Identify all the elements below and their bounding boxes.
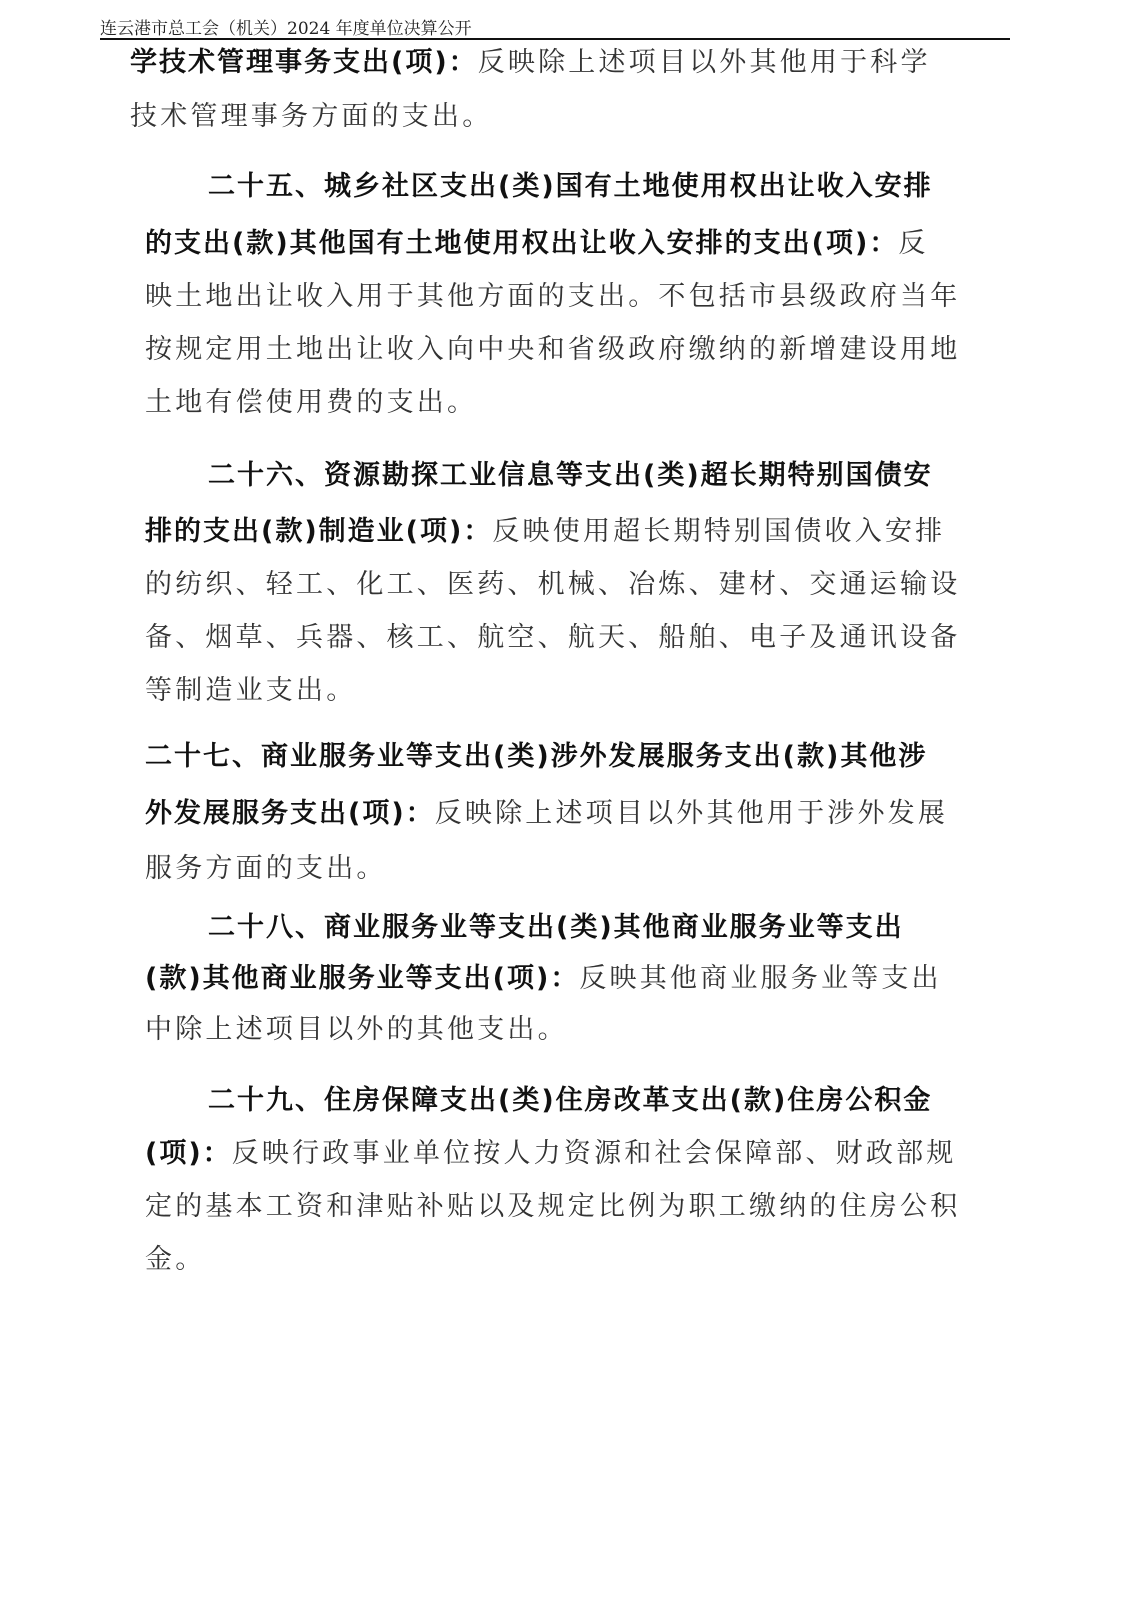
item-description: 反映除上述项目以外其他用于科学: [478, 47, 931, 78]
item-heading: (项)：: [145, 1138, 232, 1169]
item-heading: 排的支出(款)制造业(项)：: [145, 516, 492, 547]
item-description: 反映除上述项目以外其他用于涉外发展: [435, 798, 948, 829]
item-heading: 二十六、资源勘探工业信息等支出(类)超长期特别国债安: [208, 460, 933, 491]
item-heading: 学技术管理事务支出(项)：: [130, 47, 478, 78]
item-description: 的纺织、轻工、化工、医药、机械、冶炼、建材、交通运输设: [145, 569, 960, 600]
paragraph-line: 技术管理事务方面的支出。: [130, 100, 492, 134]
paragraph-line: 二十八、商业服务业等支出(类)其他商业服务业等支出: [208, 911, 904, 945]
paragraph-line: 二十六、资源勘探工业信息等支出(类)超长期特别国债安: [208, 459, 933, 493]
item-description: 定的基本工资和津贴补贴以及规定比例为职工缴纳的住房公积: [145, 1191, 960, 1222]
paragraph-line: 的纺织、轻工、化工、医药、机械、冶炼、建材、交通运输设: [145, 568, 960, 602]
paragraph-line: (项)：反映行政事业单位按人力资源和社会保障部、财政部规: [145, 1137, 957, 1171]
item-description: 中除上述项目以外的其他支出。: [145, 1014, 568, 1045]
paragraph-line: 映土地出让收入用于其他方面的支出。不包括市县级政府当年: [145, 280, 960, 314]
paragraph-line: 排的支出(款)制造业(项)：反映使用超长期特别国债收入安排: [145, 515, 945, 549]
item-description: 备、烟草、兵器、核工、航空、航天、船舶、电子及通讯设备: [145, 622, 960, 653]
item-description: 反映其他商业服务业等支出: [579, 963, 941, 994]
item-heading: 外发展服务支出(项)：: [145, 798, 435, 829]
item-description: 按规定用土地出让收入向中央和省级政府缴纳的新增建设用地: [145, 334, 960, 365]
item-description: 映土地出让收入用于其他方面的支出。不包括市县级政府当年: [145, 281, 960, 312]
item-heading: (款)其他商业服务业等支出(项)：: [145, 963, 579, 994]
item-heading: 的支出(款)其他国有土地使用权出让收入安排的支出(项)：: [145, 228, 898, 259]
item-heading: 二十七、商业服务业等支出(类)涉外发展服务支出(款)其他涉: [145, 741, 927, 772]
item-description: 等制造业支出。: [145, 675, 356, 706]
item-heading: 二十九、住房保障支出(类)住房改革支出(款)住房公积金: [208, 1085, 932, 1116]
paragraph-line: 外发展服务支出(项)：反映除上述项目以外其他用于涉外发展: [145, 797, 948, 831]
paragraph-line: 土地有偿使用费的支出。: [145, 386, 477, 420]
paragraph-line: 定的基本工资和津贴补贴以及规定比例为职工缴纳的住房公积: [145, 1190, 960, 1224]
paragraph-line: 中除上述项目以外的其他支出。: [145, 1013, 568, 1047]
header-title: 连云港市总工会（机关）2024 年度单位决算公开: [100, 14, 472, 39]
item-description: 金。: [145, 1244, 205, 1275]
page-header: 连云港市总工会（机关）2024 年度单位决算公开: [100, 12, 1010, 40]
paragraph-line: 学技术管理事务支出(项)：反映除上述项目以外其他用于科学: [130, 46, 931, 80]
paragraph-line: 按规定用土地出让收入向中央和省级政府缴纳的新增建设用地: [145, 333, 960, 367]
paragraph-line: 二十九、住房保障支出(类)住房改革支出(款)住房公积金: [208, 1084, 932, 1118]
paragraph-line: 二十七、商业服务业等支出(类)涉外发展服务支出(款)其他涉: [145, 740, 927, 774]
paragraph-line: 等制造业支出。: [145, 674, 356, 708]
item-description: 反映行政事业单位按人力资源和社会保障部、财政部规: [232, 1138, 957, 1169]
paragraph-line: 的支出(款)其他国有土地使用权出让收入安排的支出(项)：反: [145, 227, 929, 261]
paragraph-line: 二十五、城乡社区支出(类)国有土地使用权出让收入安排: [208, 170, 933, 204]
paragraph-line: 备、烟草、兵器、核工、航空、航天、船舶、电子及通讯设备: [145, 621, 960, 655]
paragraph-line: 金。: [145, 1243, 205, 1277]
item-description: 技术管理事务方面的支出。: [130, 101, 492, 132]
item-description: 反: [898, 228, 928, 259]
item-heading: 二十五、城乡社区支出(类)国有土地使用权出让收入安排: [208, 171, 933, 202]
paragraph-line: (款)其他商业服务业等支出(项)：反映其他商业服务业等支出: [145, 962, 942, 996]
item-description: 反映使用超长期特别国债收入安排: [492, 516, 945, 547]
item-heading: 二十八、商业服务业等支出(类)其他商业服务业等支出: [208, 912, 904, 943]
paragraph-line: 服务方面的支出。: [145, 852, 387, 886]
item-description: 土地有偿使用费的支出。: [145, 387, 477, 418]
item-description: 服务方面的支出。: [145, 853, 387, 884]
